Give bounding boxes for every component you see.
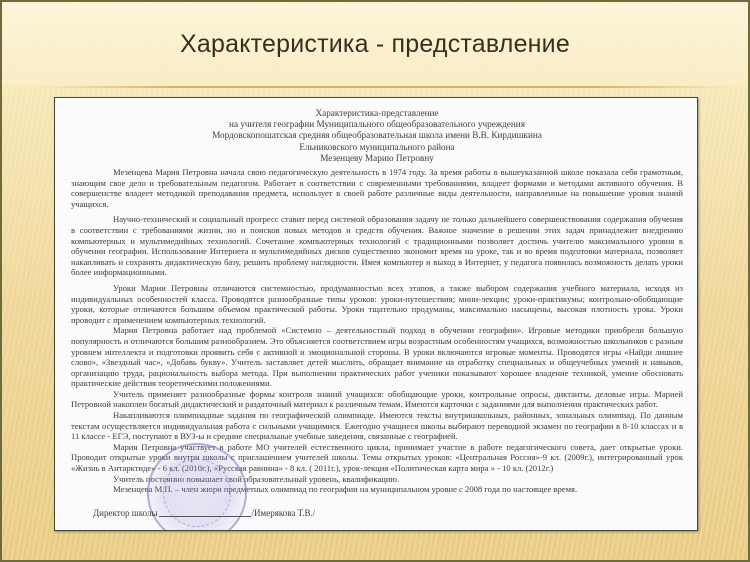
- document-paragraph: Мария Петровна работает над проблемой «С…: [71, 325, 683, 389]
- document-school-name: Мордовскопошатская средняя общеобразоват…: [71, 130, 683, 141]
- document-paragraph: Уроки Марии Петровны отличаются системно…: [71, 283, 683, 325]
- signature-name: /Имерякова Т.В./: [252, 508, 316, 518]
- document-paragraph: Научно-технический и социальный прогресс…: [71, 214, 683, 278]
- document-paragraph: Мезенцева Мария Петровна начала свою пед…: [71, 167, 683, 209]
- scanned-document: Характеристика-представление на учителя …: [54, 97, 698, 531]
- document-title: Характеристика-представление: [71, 108, 683, 119]
- signature-row: Директор школы/Имерякова Т.В./: [93, 508, 315, 519]
- document-paragraph: Учитель применяет разнообразные формы ко…: [71, 389, 683, 410]
- signature-role: Директор школы: [93, 508, 158, 518]
- slide: Характеристика - представление Характери…: [0, 0, 750, 562]
- signature-line: [159, 516, 251, 517]
- document-teacher-name: Мезенцеву Марию Петровну: [71, 153, 683, 164]
- document-header: Характеристика-представление на учителя …: [71, 108, 683, 164]
- slide-title: Характеристика - представление: [2, 30, 748, 59]
- document-paragraph: Накапливаются олимпиадные задания по гео…: [71, 410, 683, 442]
- title-divider: [42, 86, 728, 88]
- document-subtitle-line: на учителя географии Муниципального обще…: [71, 119, 683, 130]
- document-district: Ельниковского муниципального района: [71, 142, 683, 153]
